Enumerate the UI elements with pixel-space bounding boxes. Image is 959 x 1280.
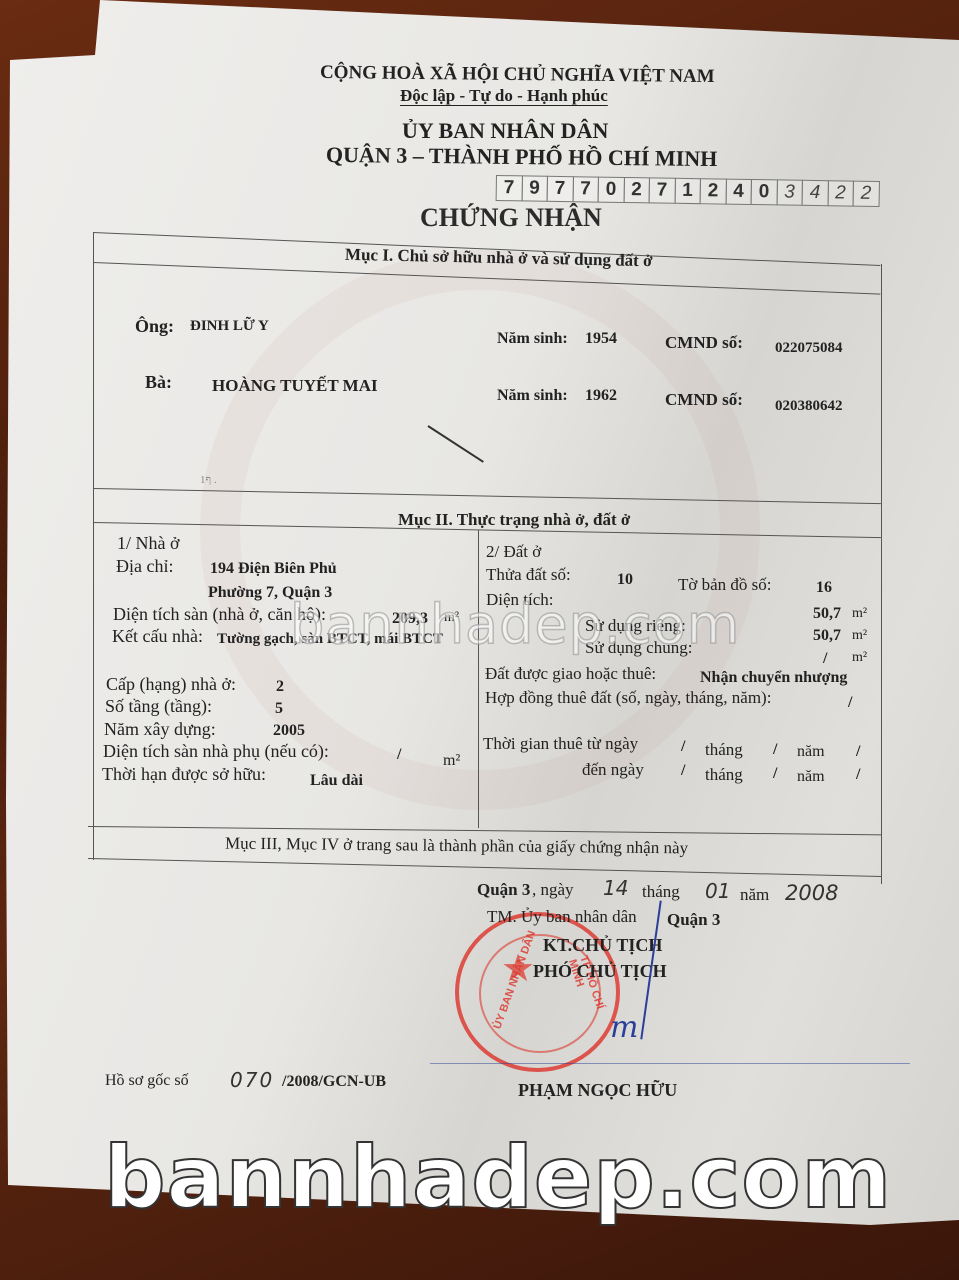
serial-digit: 2: [623, 177, 650, 203]
area-unit: m²: [852, 606, 867, 622]
private-use-unit: m²: [852, 628, 867, 644]
owner1-id-label: CMND số:: [665, 333, 743, 353]
signing-place: Quận 3: [477, 880, 530, 900]
grade-value: 2: [276, 678, 284, 696]
map-sheet-label: Tờ bản đồ số:: [678, 575, 772, 595]
serial-digit: 9: [521, 175, 548, 201]
record-suffix: /2008/GCN-UB: [282, 1073, 386, 1091]
serial-digit: 4: [802, 180, 829, 206]
record-number: 070: [230, 1068, 274, 1092]
authority-name: ỦY BAN NHÂN DÂN: [402, 118, 608, 144]
built-label: Năm xây dựng:: [104, 719, 216, 740]
on-behalf-label: TM. Ủy ban nhân dân: [487, 907, 637, 927]
lease-contract-value: /: [848, 694, 852, 712]
serial-digit: 7: [496, 175, 523, 201]
on-behalf-district: Quận 3: [667, 910, 720, 930]
serial-digit: 4: [725, 179, 752, 205]
lease-from-year-label: năm: [797, 743, 825, 761]
year-label: năm: [740, 885, 769, 905]
signature-line: [430, 1063, 910, 1064]
shared-use-unit: m²: [852, 650, 867, 666]
serial-digit: 7: [649, 177, 676, 203]
owner1-birth-label: Năm sinh:: [497, 330, 568, 348]
serial-digit: 7: [572, 176, 599, 202]
owner2-name: HOÀNG TUYẾT MAI: [212, 376, 378, 396]
ownership-term-value: Lâu dài: [310, 772, 363, 790]
owner1-prefix: Ông:: [135, 316, 174, 337]
grade-label: Cấp (hạng) nhà ở:: [106, 674, 236, 695]
house-heading: 1/ Nhà ở: [117, 533, 180, 554]
parcel-label: Thửa đất số:: [486, 565, 571, 585]
lease-from-day: /: [681, 738, 685, 756]
aux-area-value: /: [397, 746, 401, 764]
section2-title: Mục II. Thực trạng nhà ở, đất ở: [398, 510, 630, 530]
lease-from-label: Thời gian thuê từ ngày: [483, 734, 638, 754]
watermark-banner: bannhadep.com: [104, 1128, 892, 1228]
document-title: CHỨNG NHẬN: [420, 203, 602, 233]
serial-digit: 2: [853, 181, 880, 207]
lease-from-month: /: [773, 741, 777, 759]
day-label: , ngày: [532, 880, 574, 900]
shared-use-value: /: [823, 650, 827, 668]
serial-digit: 7: [547, 176, 574, 202]
column-divider: [478, 530, 479, 828]
signer-role1: KT.CHỦ TỊCH: [543, 935, 662, 956]
table-border-right: [881, 264, 882, 884]
month-label: tháng: [642, 882, 680, 902]
private-use-value: 50,7: [813, 627, 841, 645]
lease-to-day: /: [681, 762, 685, 780]
serial-digit: 0: [598, 177, 625, 203]
lease-from-month-label: tháng: [705, 740, 743, 760]
small-mark: ף1 .: [200, 474, 217, 486]
owner2-id-number: 020380642: [775, 398, 843, 415]
area-value: 50,7: [813, 605, 841, 623]
owner2-birth-year: 1962: [585, 387, 617, 405]
watermark-overlay: bannhadep.com: [290, 593, 740, 656]
owner1-birth-year: 1954: [585, 330, 617, 348]
signing-day: 14: [603, 876, 628, 900]
address-line1: 194 Điện Biên Phủ: [210, 560, 337, 578]
land-heading: 2/ Đất ở: [486, 542, 541, 562]
signer-role2: PHÓ CHỦ TỊCH: [533, 961, 667, 982]
owner2-id-label: CMND số:: [665, 390, 743, 410]
owner1-name: ĐINH LỮ Y: [190, 318, 269, 335]
record-label: Hồ sơ gốc số: [105, 1072, 189, 1090]
aux-area-label: Diện tích sàn nhà phụ (nếu có):: [103, 741, 329, 762]
serial-digit: 2: [700, 178, 727, 204]
lease-to-year: /: [856, 766, 860, 784]
district-name: QUẬN 3 – THÀNH PHỐ HỒ CHÍ MINH: [326, 142, 718, 172]
floors-value: 5: [275, 700, 283, 718]
floors-label: Số tầng (tầng):: [105, 696, 212, 717]
signing-year: 2008: [785, 881, 838, 905]
serial-digit: 2: [827, 180, 854, 206]
signer-name: PHẠM NGỌC HỮU: [518, 1080, 677, 1101]
table-border-left: [93, 232, 94, 860]
owner2-birth-label: Năm sinh:: [497, 387, 568, 405]
national-motto: Độc lập - Tự do - Hạnh phúc: [400, 86, 608, 106]
structure-label: Kết cấu nhà:: [112, 626, 203, 647]
aux-area-unit: m²: [443, 752, 460, 770]
owner1-id-number: 022075084: [775, 340, 843, 357]
allocation-label: Đất được giao hoặc thuê:: [485, 664, 656, 684]
country-name: CỘNG HOÀ XÃ HỘI CHỦ NGHĨA VIỆT NAM: [320, 62, 715, 88]
handwritten-signature: m: [610, 1010, 638, 1045]
lease-from-year: /: [856, 743, 860, 761]
lease-to-month: /: [773, 765, 777, 783]
parcel-value: 10: [617, 571, 633, 589]
allocation-value: Nhận chuyển nhượng: [700, 669, 847, 687]
lease-contract-label: Hợp đồng thuê đất (số, ngày, tháng, năm)…: [485, 688, 771, 708]
address-label: Địa chỉ:: [116, 556, 173, 577]
serial-digit: 1: [674, 178, 701, 204]
lease-to-month-label: tháng: [705, 765, 743, 785]
lease-to-year-label: năm: [797, 768, 825, 786]
lease-to-label: đến ngày: [582, 760, 644, 780]
map-sheet-value: 16: [816, 579, 832, 597]
owner2-prefix: Bà:: [145, 372, 172, 393]
built-value: 2005: [273, 722, 305, 740]
ownership-term-label: Thời hạn được sở hữu:: [102, 764, 266, 785]
serial-digit: 3: [776, 179, 803, 205]
signing-month: 01: [705, 879, 730, 903]
serial-digit: 0: [751, 179, 778, 205]
